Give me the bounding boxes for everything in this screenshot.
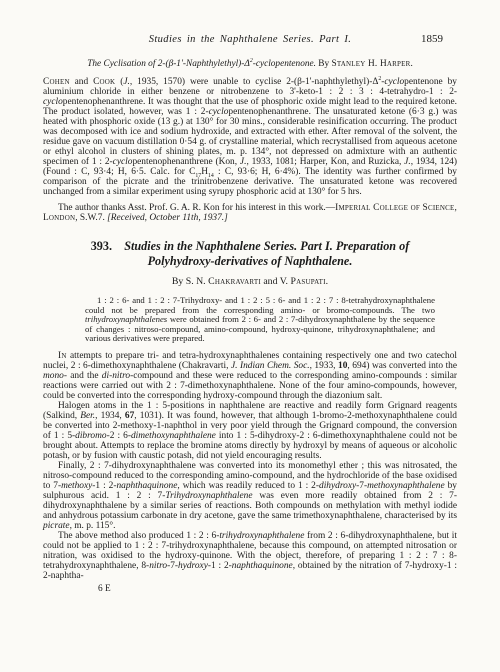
paragraph: Finally, 2 : 7-dihydroxynaphthalene was …: [43, 461, 457, 531]
note-title: The Cyclisation of 2-(β-1'-Naphthylethyl…: [43, 59, 457, 70]
article-body: In attempts to prepare tri- and tetra-hy…: [43, 351, 457, 581]
note-paragraph: Cohen and Cook (J., 1935, 1570) were una…: [43, 77, 457, 197]
paragraph: Halogen atoms in the 1 : 5-positions in …: [43, 401, 457, 461]
article-heading-line1: 393. Studies in the Naphthalene Series. …: [43, 239, 457, 254]
abstract: 1 : 2 : 6- and 1 : 2 : 7-Trihydroxy- and…: [85, 296, 435, 344]
journal-page: Studies in the Naphthalene Series. Part …: [0, 0, 500, 672]
running-head-title: Studies in the Naphthalene Series. Part …: [149, 34, 352, 45]
paragraph: In attempts to prepare tri- and tetra-hy…: [43, 351, 457, 401]
article: 393. Studies in the Naphthalene Series. …: [43, 239, 457, 581]
preceding-note: The Cyclisation of 2-(β-1'-Naphthylethyl…: [43, 59, 457, 223]
page-number: 1859: [421, 33, 443, 45]
printers-signature: 6 E: [98, 584, 457, 594]
running-head: Studies in the Naphthalene Series. Part …: [43, 34, 457, 46]
article-heading: 393. Studies in the Naphthalene Series. …: [43, 239, 457, 269]
paragraph: The above method also produced 1 : 2 : 6…: [43, 531, 457, 581]
byline: By S. N. Chakravarti and V. Pasupati.: [43, 276, 457, 288]
acknowledgment: The author thanks Asst. Prof. G. A. R. K…: [43, 203, 457, 223]
article-heading-line2: Polyhydroxy-derivatives of Naphthalene.: [43, 254, 457, 269]
